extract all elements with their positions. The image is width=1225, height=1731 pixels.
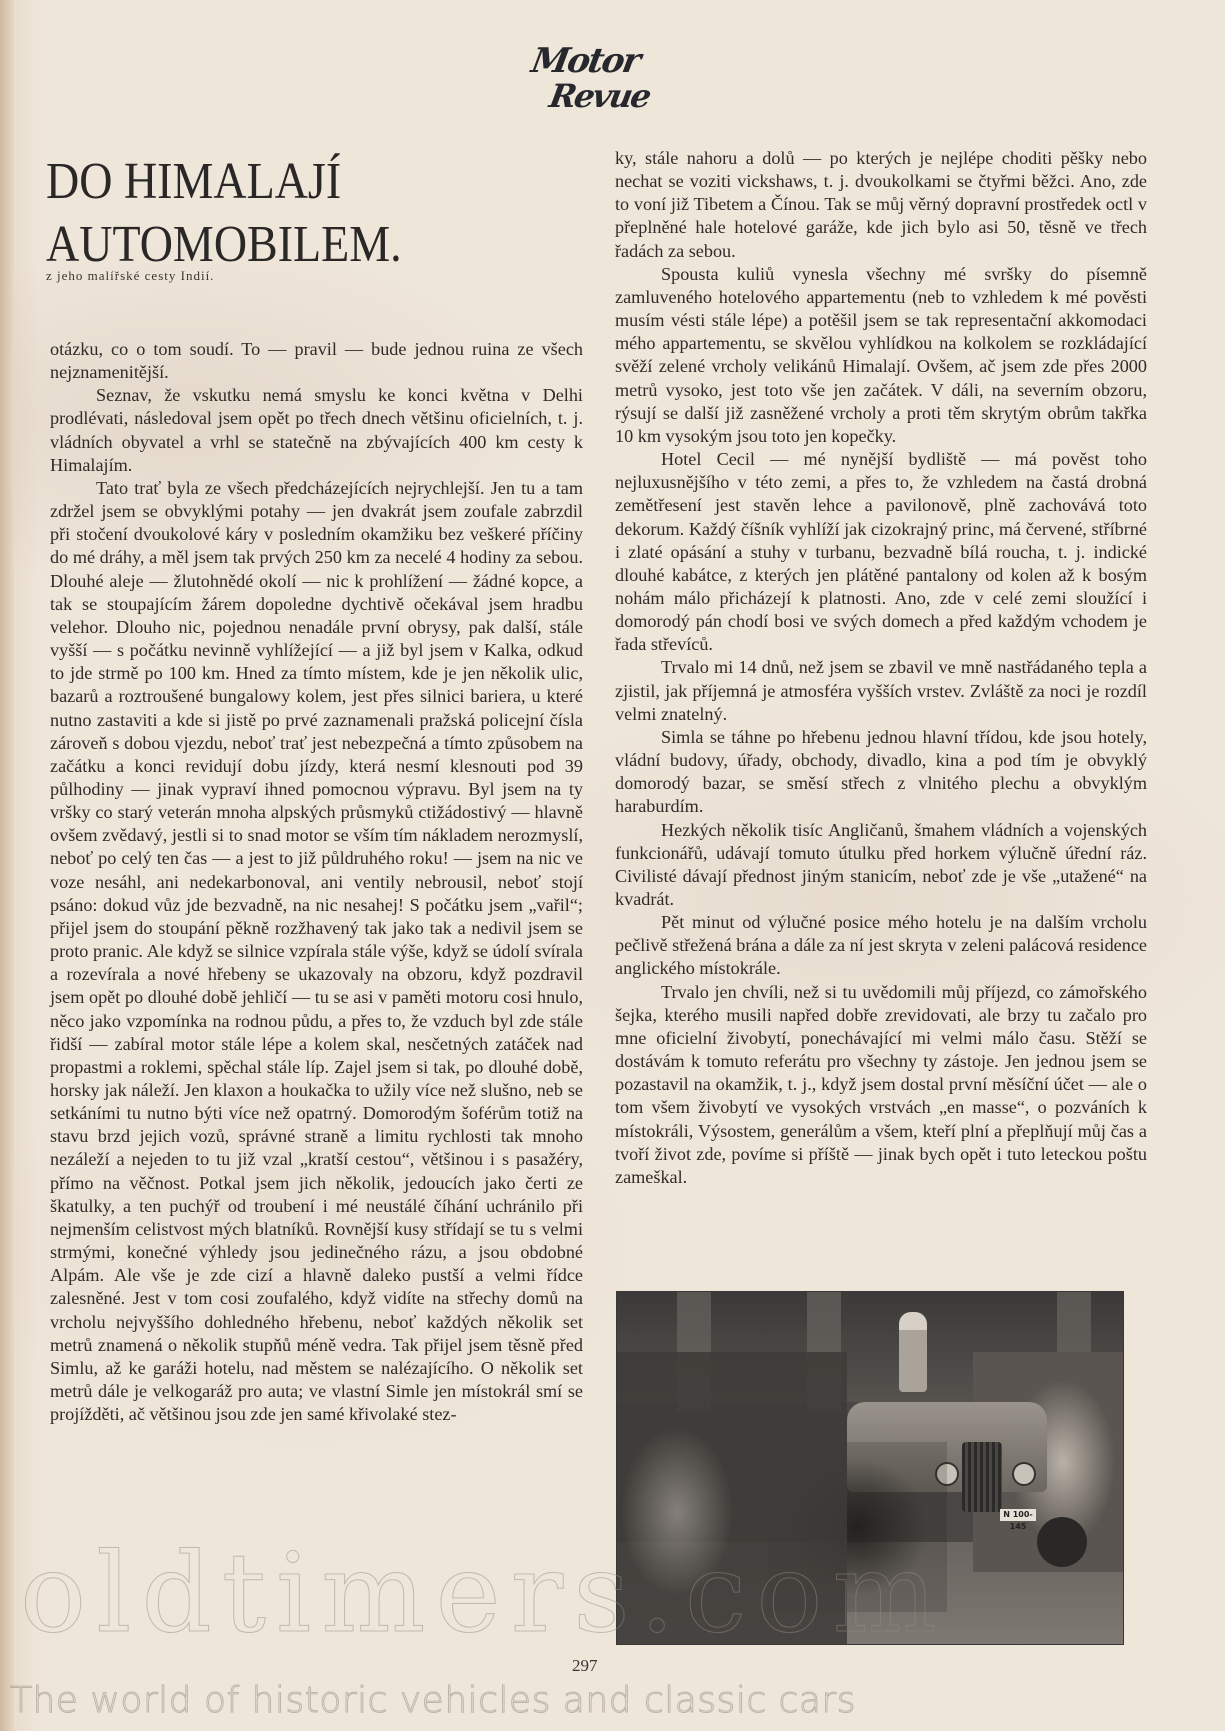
paragraph: Tato trať byla ze všech předcházejících … bbox=[50, 477, 583, 1426]
article-column-left: otázku, co o tom soudí. To — pravil — bu… bbox=[50, 338, 583, 1426]
paragraph: ky, stále nahoru a dolů — po kterých je … bbox=[615, 147, 1147, 263]
logo-line-motor: Motor bbox=[529, 44, 642, 78]
photo-car-wheel bbox=[1037, 1517, 1087, 1567]
site-watermark: oldtimers.com bbox=[20, 1538, 947, 1648]
photo-license-plate: N 100-145 bbox=[1000, 1509, 1036, 1521]
motor-revue-logo: Motor Revue bbox=[528, 44, 658, 122]
article-title: DO HIMALAJÍ AUTOMOBILEM. bbox=[46, 150, 402, 275]
tagline-watermark: The world of historic vehicles and class… bbox=[10, 1680, 856, 1721]
photo-turbaned-figure bbox=[899, 1312, 927, 1392]
paragraph: Trvalo jen chvíli, než si tu uvědomili m… bbox=[615, 981, 1147, 1189]
photo-car-grille bbox=[962, 1442, 1002, 1512]
article-column-right: ky, stále nahoru a dolů — po kterých je … bbox=[615, 147, 1147, 1189]
page-gutter-edge bbox=[0, 0, 14, 1731]
article-title-line-1: DO HIMALAJÍ bbox=[46, 152, 341, 209]
paragraph: Trvalo mi 14 dnů, než jsem se zbavil ve … bbox=[615, 656, 1147, 725]
paragraph: Simla se táhne po hřebenu jednou hlavní … bbox=[615, 726, 1147, 819]
article-title-line-2: AUTOMOBILEM. bbox=[46, 215, 402, 272]
paragraph: otázku, co o tom soudí. To — pravil — bu… bbox=[50, 338, 583, 384]
paragraph: Spousta kuliů vynesla všechny mé svršky … bbox=[615, 263, 1147, 448]
article-subtitle: z jeho malířské cesty Indií. bbox=[46, 268, 214, 284]
logo-line-revue: Revue bbox=[547, 80, 652, 112]
photo-car-headlamp bbox=[1012, 1462, 1036, 1486]
paragraph: Pět minut od výlučné posice mého hotelu … bbox=[615, 911, 1147, 980]
paragraph: Hezkých několik tisíc Angličanů, šmahem … bbox=[615, 819, 1147, 912]
page-number: 297 bbox=[572, 1656, 598, 1676]
paragraph: Seznav, že vskutku nemá smyslu ke konci … bbox=[50, 384, 583, 477]
paragraph: Hotel Cecil — mé nynější bydliště — má p… bbox=[615, 448, 1147, 656]
